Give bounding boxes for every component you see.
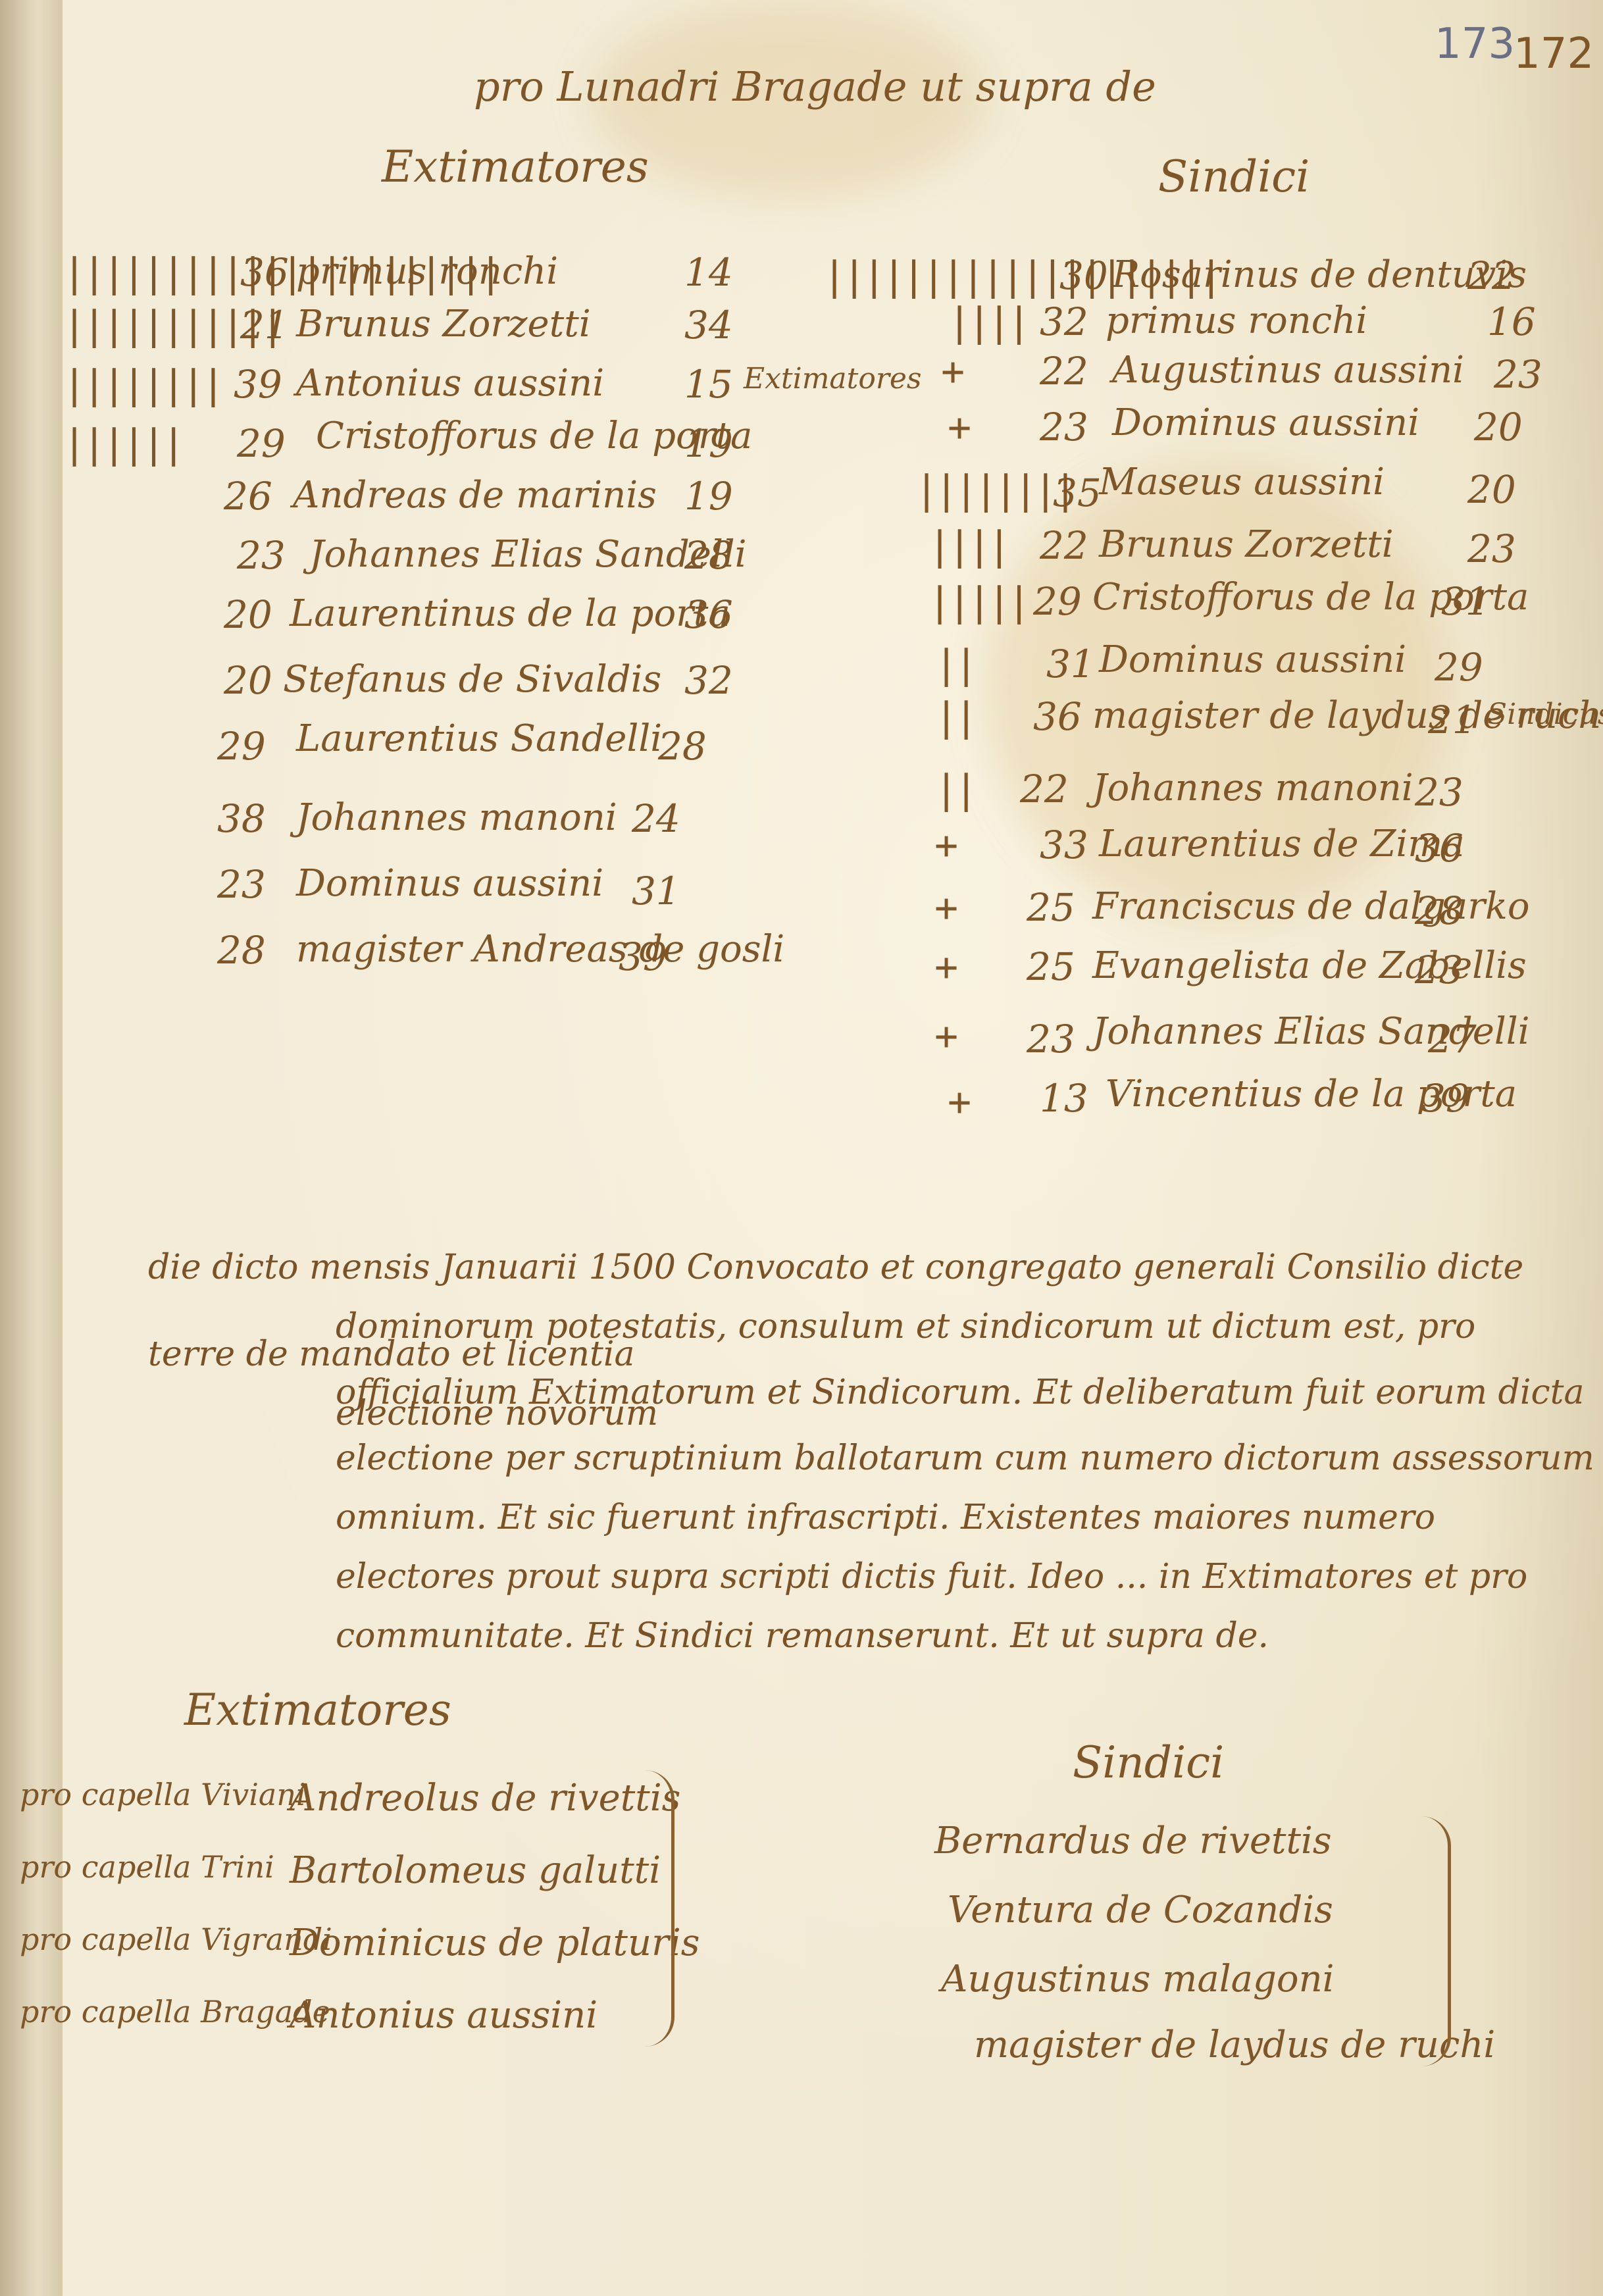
left-number: 22 <box>1020 767 1069 811</box>
person-name: Dominus aussini <box>296 862 603 905</box>
right-number: 23 <box>1415 948 1463 992</box>
right-number: 21 <box>1428 698 1477 742</box>
chapel-prefix: pro capella Trini <box>20 1849 274 1885</box>
bottom-right-heading: Sindici <box>1073 1737 1224 1788</box>
tally-marks: + <box>934 1013 954 1059</box>
left-number: 30 <box>1059 253 1108 298</box>
left-number: 20 <box>224 658 272 703</box>
chapel-prefix: pro capella Viviani <box>20 1777 306 1812</box>
person-name: Andreas de marinis <box>293 474 657 517</box>
left-number: 35 <box>1053 471 1102 515</box>
right-number: 19 <box>684 474 733 519</box>
tally-marks: |||||||| <box>63 362 221 408</box>
left-number: 23 <box>1040 405 1088 449</box>
tally-marks: ||||| <box>928 579 1027 625</box>
tally-marks: + <box>948 405 967 451</box>
tally-marks: || <box>934 642 974 688</box>
left-number: 22 <box>1040 523 1088 568</box>
right-number: 27 <box>1428 1017 1477 1061</box>
person-name: Franciscus de dalgarko <box>1092 885 1530 928</box>
tally-marks: || <box>934 694 974 740</box>
right-number: 39 <box>1421 1076 1470 1121</box>
person-name: Maseus aussini <box>1099 461 1385 503</box>
right-number: 14 <box>684 250 733 295</box>
right-number: 20 <box>1474 405 1523 449</box>
person-name: Dominus aussini <box>1112 401 1419 444</box>
right-number: 16 <box>1487 299 1536 344</box>
person-name: Brunus Zorzetti <box>296 303 591 345</box>
left-number: 36 <box>240 250 289 295</box>
person-name: Ventura de Cozandis <box>948 1889 1333 1931</box>
left-number: 29 <box>1033 579 1082 624</box>
right-number: 31 <box>1441 579 1490 624</box>
left-number: 29 <box>237 421 286 466</box>
left-number: 36 <box>1033 694 1082 739</box>
left-number: 22 <box>1040 349 1088 394</box>
right-number: 20 <box>1467 467 1516 512</box>
left-number: 31 <box>1046 642 1095 686</box>
tally-marks: |||||| <box>63 421 182 467</box>
page-title: pro Lunadri Bragade ut supra de <box>474 63 1156 111</box>
left-number: 20 <box>224 592 272 637</box>
left-number: 39 <box>234 362 282 407</box>
left-number: 23 <box>1027 1017 1075 1061</box>
person-name: primus ronchi <box>296 250 558 293</box>
bracket-right <box>1421 1816 1451 2066</box>
person-name: Rosarinus de dentuvis <box>1112 253 1527 296</box>
tally-marks: |||| <box>948 299 1027 345</box>
left-number: 23 <box>217 862 266 907</box>
person-name: Antonius aussini <box>296 362 604 405</box>
folio-number-primary: 173 <box>1435 20 1515 68</box>
tally-marks: + <box>934 823 954 869</box>
right-number: 19 <box>684 421 733 466</box>
margin-note: Sindicus <box>1487 698 1603 731</box>
tally-marks: + <box>934 944 954 990</box>
tally-marks: |||| <box>928 523 1007 569</box>
person-name: primus ronchi <box>1106 299 1367 342</box>
folio-number-secondary: 172 <box>1514 30 1594 78</box>
bottom-left-heading: Extimatores <box>184 1685 451 1735</box>
left-number: 25 <box>1027 885 1075 930</box>
left-number: 32 <box>1040 299 1088 344</box>
left-number: 26 <box>224 474 272 519</box>
left-number: 33 <box>1040 823 1088 867</box>
manuscript-page: 173 172 pro Lunadri Bragade ut supra de … <box>0 0 1603 2296</box>
person-name: Johannes Elias Sandelli <box>309 533 747 576</box>
person-name: Johannes manoni <box>1092 767 1413 809</box>
bracket-left <box>645 1770 674 2047</box>
right-number: 34 <box>684 303 733 347</box>
tally-marks: + <box>941 349 961 395</box>
person-name: Bernardus de rivettis <box>934 1820 1332 1862</box>
right-number: 23 <box>1415 770 1463 815</box>
person-name: Augustinus malagoni <box>941 1958 1335 2001</box>
person-name: Antonius aussini <box>290 1994 598 2037</box>
tally-marks: + <box>934 885 954 931</box>
right-number: 29 <box>1435 645 1483 690</box>
right-number: 28 <box>684 533 733 578</box>
person-name: Dominus aussini <box>1099 638 1406 681</box>
paragraph-line: communitate. Et Sindici remanserunt. Et … <box>336 1593 1269 1679</box>
right-list-heading: Sindici <box>1158 151 1310 202</box>
right-number: 15 <box>684 362 733 407</box>
person-name: Stefanus de Sivaldis <box>283 658 661 701</box>
person-name: Brunus Zorzetti <box>1099 523 1394 566</box>
right-number: 32 <box>684 658 733 703</box>
person-name: Laurentius de Zima <box>1099 823 1465 865</box>
person-name: Augustinus aussini <box>1112 349 1464 392</box>
right-number: 39 <box>619 934 667 979</box>
person-name: Laurentinus de la porta <box>290 592 730 635</box>
person-name: Andreolus de rivettis <box>290 1777 680 1820</box>
person-name: Johannes manoni <box>296 796 617 839</box>
person-name: magister Andreas de gosli <box>296 928 784 971</box>
right-number: 31 <box>632 869 680 913</box>
tally-marks: || <box>934 767 974 813</box>
person-name: Laurentius Sandelli <box>296 717 662 760</box>
right-number: 23 <box>1467 526 1516 571</box>
right-number: 28 <box>658 724 707 769</box>
right-number: 28 <box>1415 888 1463 933</box>
right-number: 23 <box>1494 352 1542 397</box>
person-name: Bartolomeus galutti <box>290 1849 661 1892</box>
person-name: magister de laydus de ruchi <box>974 2024 1495 2066</box>
right-number: 24 <box>632 796 680 841</box>
person-name: Dominicus de platuris <box>290 1922 700 1964</box>
chapel-prefix: pro capella Bragade <box>20 1994 330 2029</box>
tally-marks: |||||||| <box>915 467 1073 513</box>
left-number: 38 <box>217 796 266 841</box>
right-number: 22 <box>1467 253 1516 298</box>
left-number: 28 <box>217 928 266 973</box>
left-number: 25 <box>1027 944 1075 989</box>
tally-marks: + <box>948 1079 967 1125</box>
left-number: 13 <box>1040 1076 1088 1121</box>
right-number: 36 <box>1415 826 1463 871</box>
chapel-prefix: pro capella Vigrandi <box>20 1922 332 1957</box>
margin-note: Extimatores <box>744 362 921 395</box>
left-number: 23 <box>237 533 286 578</box>
left-number: 21 <box>240 303 289 347</box>
left-number: 29 <box>217 724 266 769</box>
right-number: 36 <box>684 592 733 637</box>
left-list-heading: Extimatores <box>382 141 649 192</box>
